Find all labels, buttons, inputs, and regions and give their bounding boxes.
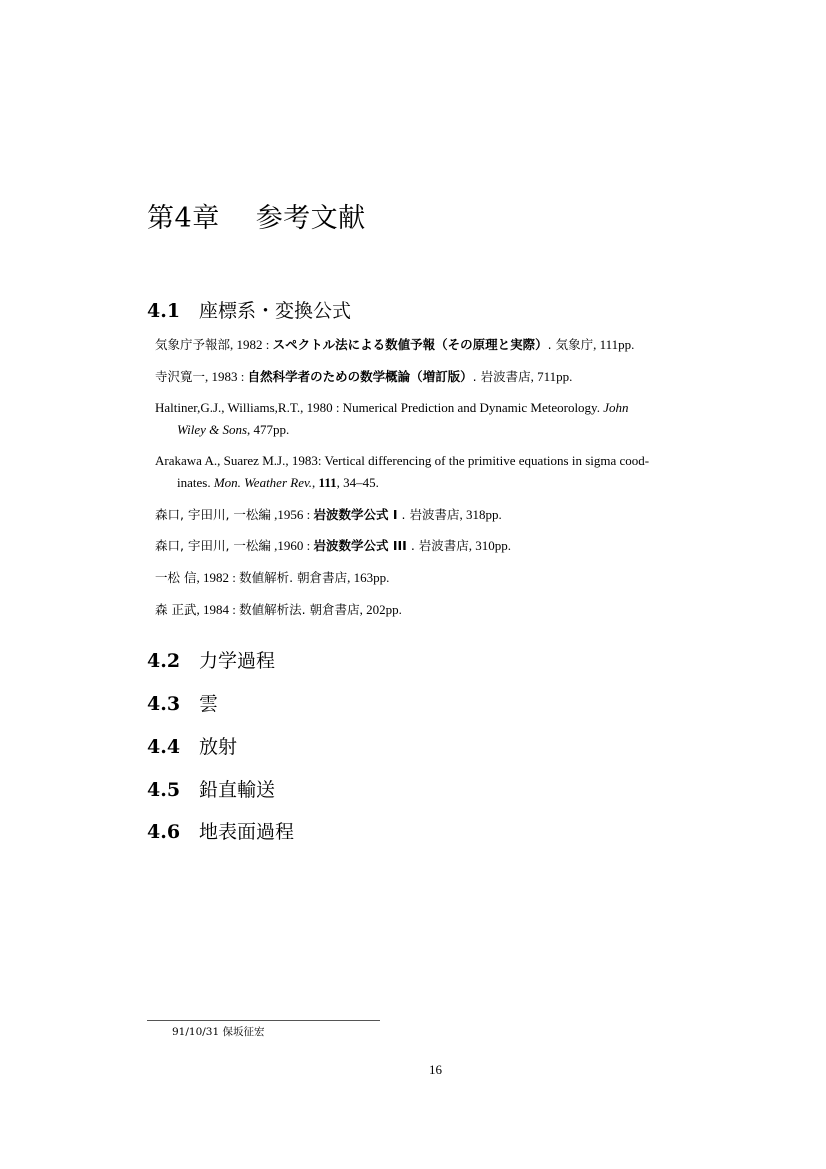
reference-item: Haltiner,G.J., Williams,R.T., 1980 : Num… [155, 397, 730, 441]
section-heading-4-2: 4.2力学過程 [147, 646, 275, 673]
section-heading-4-3: 4.3雲 [147, 689, 218, 716]
chapter-number: 4 [175, 203, 193, 234]
section-number: 4.2 [147, 650, 199, 672]
section-heading-4-4: 4.4放射 [147, 732, 237, 759]
chapter-heading: 第4章参考文献 [147, 196, 366, 235]
section-title: 放射 [199, 736, 237, 758]
section-title: 雲 [199, 693, 218, 715]
section-title: 力学過程 [199, 650, 275, 672]
reference-title: スペクトル法による数値予報（その原理と実際） [273, 337, 548, 352]
section-number: 4.5 [147, 779, 199, 801]
reference-title: 数値解析法 [239, 602, 302, 617]
section-title: 座標系・変換公式 [199, 300, 351, 322]
section-heading-4-1: 4.1座標系・変換公式 [147, 296, 351, 323]
chapter-suffix: 章 [192, 203, 220, 234]
section-number: 4.3 [147, 693, 199, 715]
section-number: 4.1 [147, 300, 199, 322]
reference-title: 岩波数学公式 I [314, 507, 398, 522]
reference-item: 一松 信, 1982 : 数値解析. 朝倉書店, 163pp. [155, 567, 730, 589]
section-title: 地表面過程 [199, 821, 294, 843]
section-number: 4.6 [147, 821, 199, 843]
reference-title: 岩波数学公式 III [314, 538, 407, 553]
footnote-date: 91/10/31 [172, 1026, 219, 1038]
footnote: 91/10/31 保坂征宏 [172, 1024, 265, 1039]
reference-title: 自然科学者のための数学概論（増訂版） [248, 369, 473, 384]
section-title: 鉛直輸送 [199, 779, 275, 801]
reference-item: 気象庁予報部, 1982 : スペクトル法による数値予報（その原理と実際）. 気… [155, 334, 730, 356]
section-number: 4.4 [147, 736, 199, 758]
reference-item: 森口, 宇田川, 一松編 ,1960 : 岩波数学公式 III . 岩波書店, … [155, 535, 730, 557]
reference-item: 森 正武, 1984 : 数値解析法. 朝倉書店, 202pp. [155, 599, 730, 621]
reference-item: 森口, 宇田川, 一松編 ,1956 : 岩波数学公式 I . 岩波書店, 31… [155, 504, 730, 526]
reference-item: 寺沢寛一, 1983 : 自然科学者のための数学概論（増訂版）. 岩波書店, 7… [155, 366, 730, 388]
reference-item: Arakawa A., Suarez M.J., 1983: Vertical … [155, 450, 730, 494]
section-heading-4-5: 4.5鉛直輸送 [147, 775, 275, 802]
footnote-author: 保坂征宏 [223, 1026, 265, 1038]
footnote-rule [147, 1020, 380, 1021]
reference-title: 数値解析 [239, 570, 289, 585]
chapter-prefix: 第 [147, 203, 175, 234]
chapter-title: 参考文献 [256, 203, 366, 234]
section-heading-4-6: 4.6地表面過程 [147, 817, 294, 844]
page-number: 16 [429, 1062, 442, 1078]
